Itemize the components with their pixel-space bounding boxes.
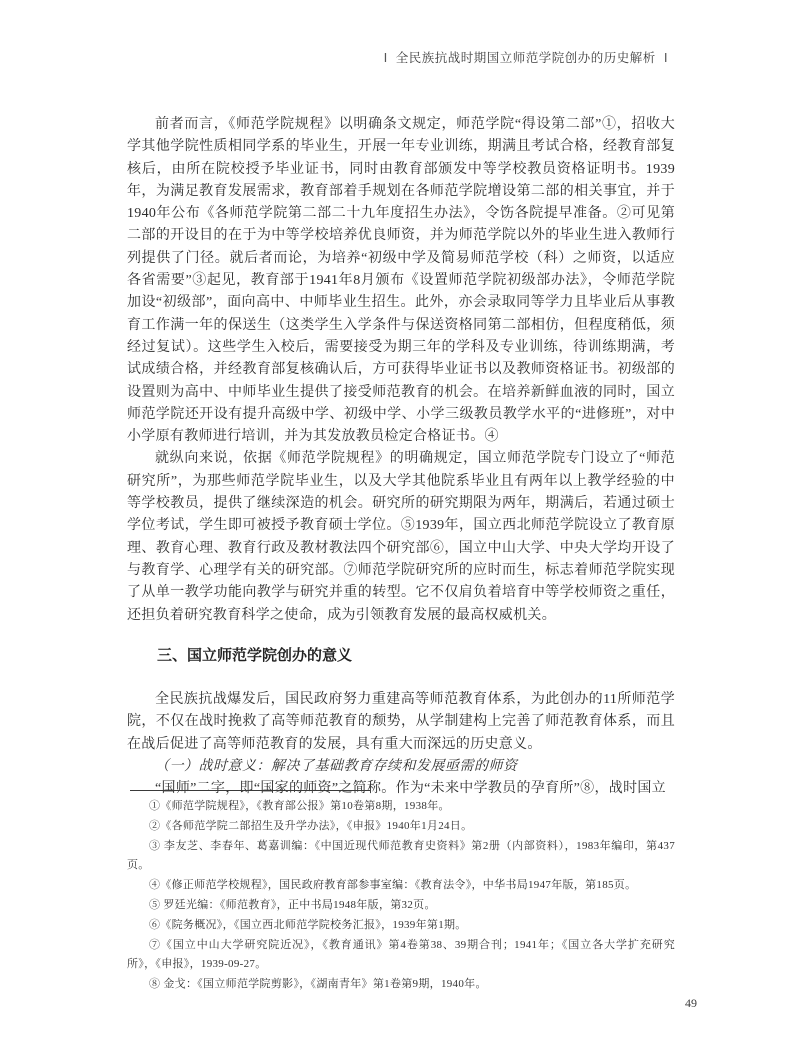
footnote-2: ②《各师范学院二部招生及升学办法》，《申报》1940年1月24日。: [127, 817, 675, 837]
body-text: 前者而言，《师范学院规程》以明确条文规定，师范学院“得设第二部”①，招收大学其他…: [127, 114, 675, 801]
section-heading: 三、国立师范学院创办的意义: [127, 645, 675, 667]
running-header: Ⅰ全民族抗战时期国立师范学院创办的历史解析Ⅰ: [376, 48, 676, 66]
paragraph-3: 全民族抗战爆发后，国民政府努力重建高等师范教育体系，为此创办的11所师范学院，不…: [127, 689, 675, 756]
footnotes-section: ①《师范学院规程》，《教育部公报》第10卷第8期，1938年。 ②《各师范学院二…: [127, 797, 675, 995]
running-header-title: 全民族抗战时期国立师范学院创办的历史解析: [396, 51, 656, 65]
subsection-heading: （一）战时意义：解决了基础教育存续和发展亟需的师资: [127, 756, 675, 778]
running-header-right-mark: Ⅰ: [664, 51, 668, 65]
footnote-8: ⑧ 金戈：《国立师范学院剪影》，《湖南青年》第1卷第9期，1940年。: [127, 975, 675, 995]
document-page: Ⅰ全民族抗战时期国立师范学院创办的历史解析Ⅰ 前者而言，《师范学院规程》以明确条…: [0, 0, 800, 1059]
footnote-3: ③ 李友芝、李春年、葛嘉训编：《中国近现代师范教育史资料》第2册（内部资料），1…: [127, 837, 675, 877]
footnote-7: ⑦《国立中山大学研究院近况》，《教育通讯》第4卷第38、39期合刊；1941年；…: [127, 936, 675, 976]
paragraph-1: 前者而言，《师范学院规程》以明确条文规定，师范学院“得设第二部”①，招收大学其他…: [127, 114, 675, 448]
footnote-divider: [130, 790, 370, 791]
footnote-1: ①《师范学院规程》，《教育部公报》第10卷第8期，1938年。: [127, 797, 675, 817]
running-header-left-mark: Ⅰ: [384, 51, 388, 65]
page-number: 49: [685, 996, 697, 1011]
footnote-5: ⑤ 罗廷光编：《师范教育》，正中书局1948年版，第32页。: [127, 896, 675, 916]
paragraph-2: 就纵向来说，依据《师范学院规程》的明确规定，国立师范学院专门设立了“师范研究所”…: [127, 448, 675, 626]
footnote-6: ⑥《院务概况》，《国立西北师范学院校务汇报》，1939年第1期。: [127, 916, 675, 936]
footnote-4: ④《修正师范学校规程》，国民政府教育部参事室编：《教育法令》，中华书局1947年…: [127, 876, 675, 896]
